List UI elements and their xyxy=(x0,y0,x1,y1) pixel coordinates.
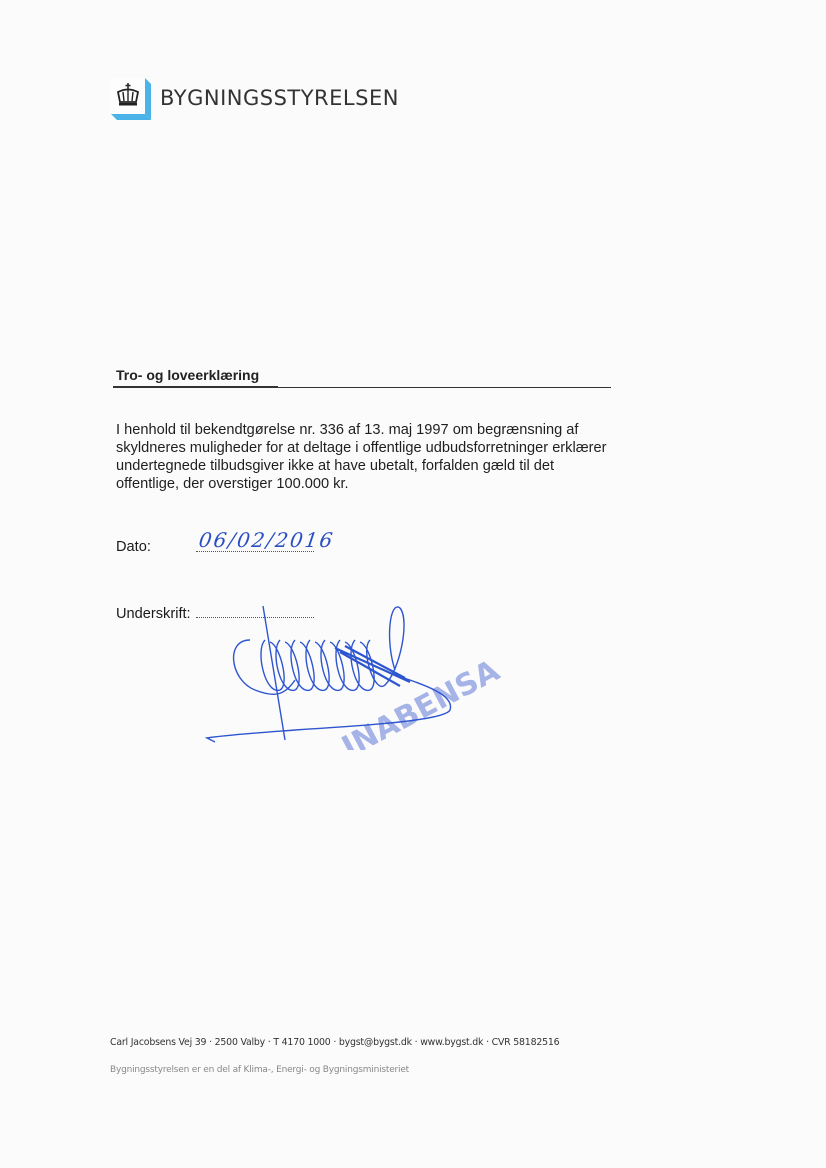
signature-with-stamp: INABENSA xyxy=(195,600,505,750)
date-value: 06/02/2016 xyxy=(197,528,336,552)
footer-contact: Carl Jacobsens Vej 39 · 2500 Valby · T 4… xyxy=(110,1037,559,1048)
signature-label: Underskrift: xyxy=(116,606,191,622)
document-title: Tro- og loveerklæring xyxy=(116,367,259,383)
organization-name: BYGNINGSSTYRELSEN xyxy=(160,86,399,110)
title-underline xyxy=(113,386,278,387)
declaration-text: I henhold til bekendtgørelse nr. 336 af … xyxy=(116,421,616,493)
crown-icon xyxy=(111,78,153,120)
footer-ministry-note: Bygningsstyrelsen er en del af Klima-, E… xyxy=(110,1065,409,1075)
date-label: Dato: xyxy=(116,539,151,555)
title-divider xyxy=(113,387,611,388)
logo xyxy=(111,78,153,120)
company-stamp-text: INABENSA xyxy=(336,653,505,750)
